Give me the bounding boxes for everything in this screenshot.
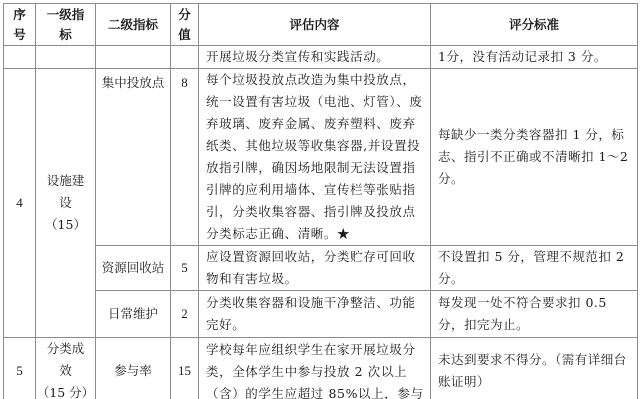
cell-score: 2 [171, 291, 199, 338]
cell-content: 每个垃圾投放点改造为集中投放点，统一设置有害垃圾（电池、灯管）、废弃玻璃、废弃金… [199, 69, 431, 246]
level1-line2: 设 [36, 192, 95, 214]
cell-level2: 参与率 [96, 338, 171, 399]
table-header-row: 序 号 一级指 标 二级指标 分 值 评估内容 评分标准 [4, 4, 638, 46]
level1-line2: 效 [36, 360, 95, 382]
cell-content: 应设置资源回收站，分类贮存可回收物和有害垃圾。 [199, 246, 431, 291]
cell-level2: 日常维护 [96, 291, 171, 338]
table-row: 5 分类成 效 （15 分） 参与率 15 学校每年应组织学生在家开展垃圾分类，… [4, 338, 638, 399]
header-index-line1: 序 [4, 5, 35, 25]
table-row: 日常维护 2 分类收集容器和设施干净整洁、功能完好。 每发现一处不符合要求扣 0… [4, 291, 638, 338]
cell-index: 4 [4, 69, 36, 338]
header-score: 分 值 [171, 4, 199, 46]
header-score-line2: 值 [171, 25, 198, 45]
level1-line3: （15 分） [36, 382, 95, 399]
table-row-continued: 开展垃圾分类宣传和实践活动。 1分，没有活动记录扣 3 分。 [4, 46, 638, 69]
cell-standard: 不设置扣 5 分，管理不规范扣 2 分。 [431, 246, 638, 291]
header-index: 序 号 [4, 4, 36, 46]
content-clip: 学校每年应组织学生在家开展垃圾分类，全体学生中参与投放 2 次以上（含）的学生应… [206, 339, 424, 399]
header-standard: 评分标准 [431, 4, 638, 46]
cell-content: 开展垃圾分类宣传和实践活动。 [199, 46, 431, 69]
cell-index: 5 [4, 338, 36, 399]
header-level2: 二级指标 [96, 4, 171, 46]
header-score-line1: 分 [171, 5, 198, 25]
header-level1: 一级指 标 [36, 4, 96, 46]
cell-content: 分类收集容器和设施干净整洁、功能完好。 [199, 291, 431, 338]
cell-level2: 集中投放点 [96, 69, 171, 246]
header-level1-line1: 一级指 [36, 5, 95, 25]
level1-line1: 设施建 [36, 170, 95, 192]
level1-line1: 分类成 [36, 338, 95, 360]
cell-level1: 设施建 设 （15） [36, 69, 96, 338]
cell-level1: 分类成 效 （15 分） [36, 338, 96, 399]
cell-standard: 每发现一处不符合要求扣 0.5 分，扣完为止。 [431, 291, 638, 338]
cell-score: 5 [171, 246, 199, 291]
cell-level2 [96, 46, 171, 69]
table-row: 4 设施建 设 （15） 集中投放点 8 每个垃圾投放点改造为集中投放点，统一设… [4, 69, 638, 246]
evaluation-table: 序 号 一级指 标 二级指标 分 值 评估内容 评分标准 开展垃圾分类宣传和实践… [3, 3, 638, 399]
header-content: 评估内容 [199, 4, 431, 46]
table-row: 资源回收站 5 应设置资源回收站，分类贮存可回收物和有害垃圾。 不设置扣 5 分… [4, 246, 638, 291]
level1-line3: （15） [36, 214, 95, 236]
header-level1-line2: 标 [36, 25, 95, 45]
cell-standard: 未达到要求不得分。（需有详细台账证明） [431, 338, 638, 399]
cell-index [4, 46, 36, 69]
cell-score: 15 [171, 338, 199, 399]
cell-content: 学校每年应组织学生在家开展垃圾分类，全体学生中参与投放 2 次以上（含）的学生应… [199, 338, 431, 399]
cell-score [171, 46, 199, 69]
cell-standard: 1分，没有活动记录扣 3 分。 [431, 46, 638, 69]
cell-level2: 资源回收站 [96, 246, 171, 291]
header-index-line2: 号 [4, 25, 35, 45]
cell-standard: 每缺少一类分类容器扣 1 分，标志、指引不正确或不清晰扣 1～2 分。 [431, 69, 638, 246]
cell-level1 [36, 46, 96, 69]
cell-score: 8 [171, 69, 199, 246]
